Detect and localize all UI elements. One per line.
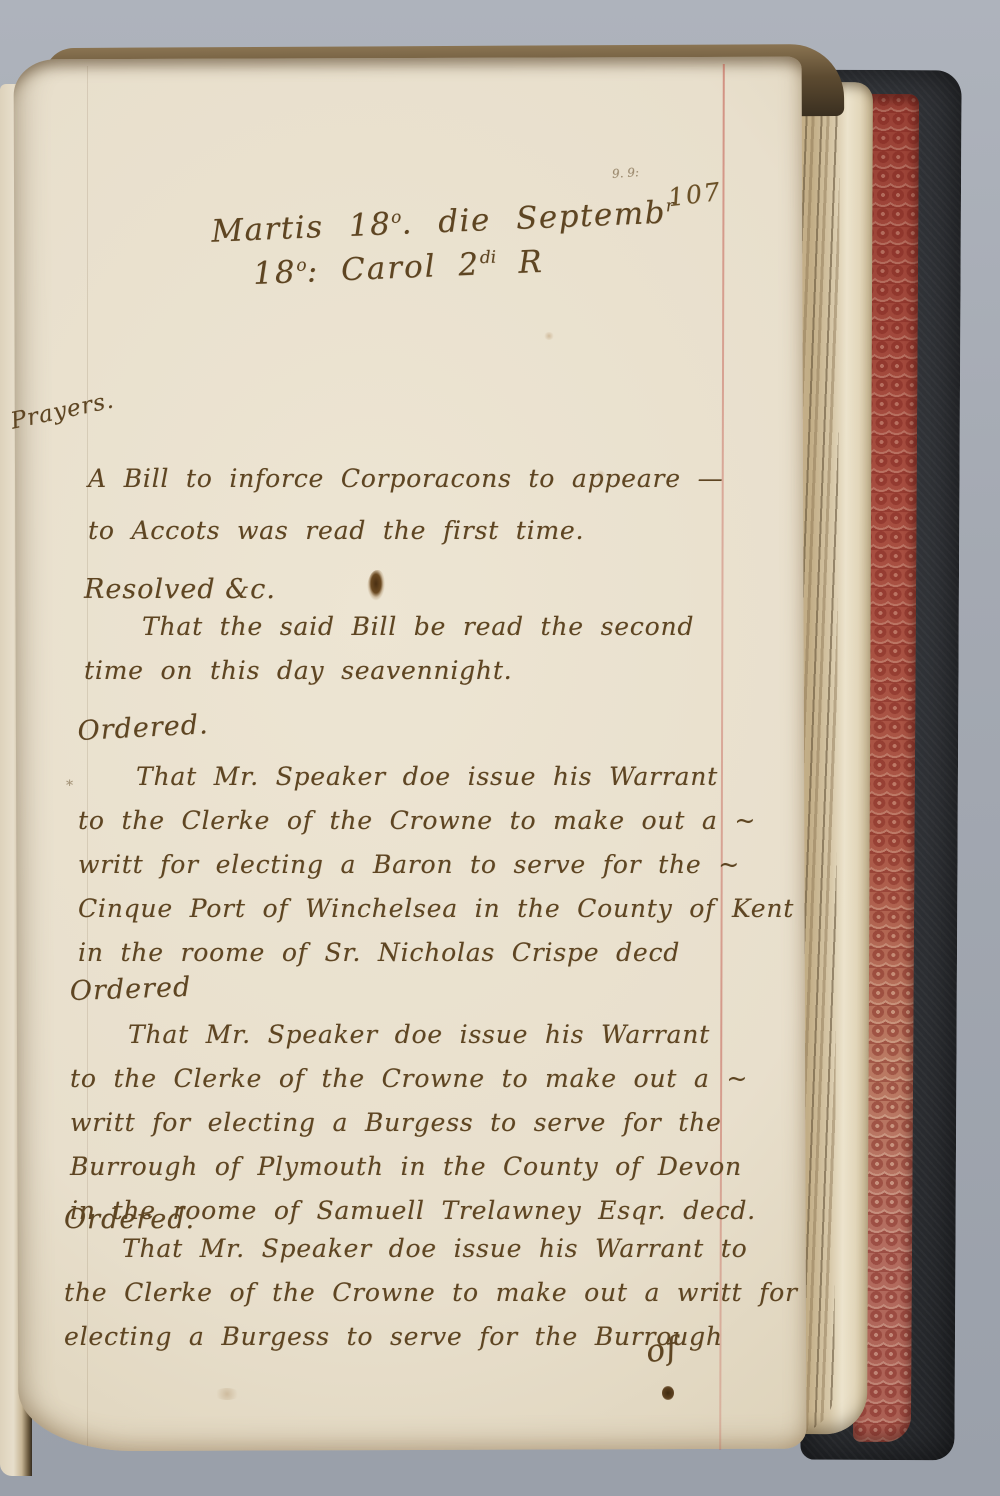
catchword: of	[643, 1330, 680, 1371]
entry-label: Ordered.	[64, 1204, 798, 1234]
entry-line: electing a Burgess to serve for the Burr…	[64, 1322, 798, 1366]
journal-entry-resolved: Resolved &c. That the said Bill be read …	[84, 574, 694, 700]
entry-line: the Clerke of the Crowne to make out a w…	[64, 1278, 798, 1322]
heading-text: : Carol 2	[306, 247, 481, 290]
entry-line: That Mr. Speaker doe issue his Warrant	[78, 762, 794, 806]
margin-mark: *	[66, 778, 73, 794]
ink-blot-near-catchword	[662, 1386, 674, 1400]
heading-superscript: di	[479, 247, 496, 268]
entry-label: Resolved &c.	[84, 574, 694, 612]
foxing-spot	[544, 332, 554, 340]
heading-superscript: r	[665, 196, 674, 216]
journal-entry-ordered-burrough: Ordered. That Mr. Speaker doe issue his …	[64, 1204, 798, 1366]
heading-text: Martis 18	[211, 206, 392, 250]
entry-line: writt for electing a Baron to serve for …	[78, 850, 794, 894]
journal-entry-bill-first-reading: A Bill to inforce Corporacons to appeare…	[88, 464, 723, 568]
journal-entry-ordered-winchelsea: Ordered. That Mr. Speaker doe issue his …	[78, 716, 794, 982]
photograph-of-open-manuscript-volume: { "document": { "type": "manuscript jour…	[0, 0, 1000, 1496]
heading-text: 18	[252, 254, 297, 292]
foxing-spot	[214, 1388, 240, 1400]
entry-line: to Accots was read the first time.	[88, 516, 723, 568]
entry-line: Burrough of Plymouth in the County of De…	[70, 1152, 756, 1196]
heading-text: R	[496, 244, 545, 282]
entry-line: to the Clerke of the Crowne to make out …	[78, 806, 794, 850]
entry-line: writt for electing a Burgess to serve fo…	[70, 1108, 756, 1152]
entry-line: That the said Bill be read the second	[84, 612, 694, 656]
entry-line: A Bill to inforce Corporacons to appeare…	[88, 464, 723, 516]
journal-entry-ordered-plymouth: Ordered That Mr. Speaker doe issue his W…	[70, 976, 756, 1240]
entry-line: That Mr. Speaker doe issue his Warrant	[70, 1020, 756, 1064]
pen-trial-marks: 9. 9:	[612, 165, 640, 181]
entry-line: to the Clerke of the Crowne to make out …	[70, 1064, 756, 1108]
entry-line: That Mr. Speaker doe issue his Warrant t…	[64, 1234, 798, 1278]
entry-line: Cinque Port of Winchelsea in the County …	[78, 894, 794, 938]
